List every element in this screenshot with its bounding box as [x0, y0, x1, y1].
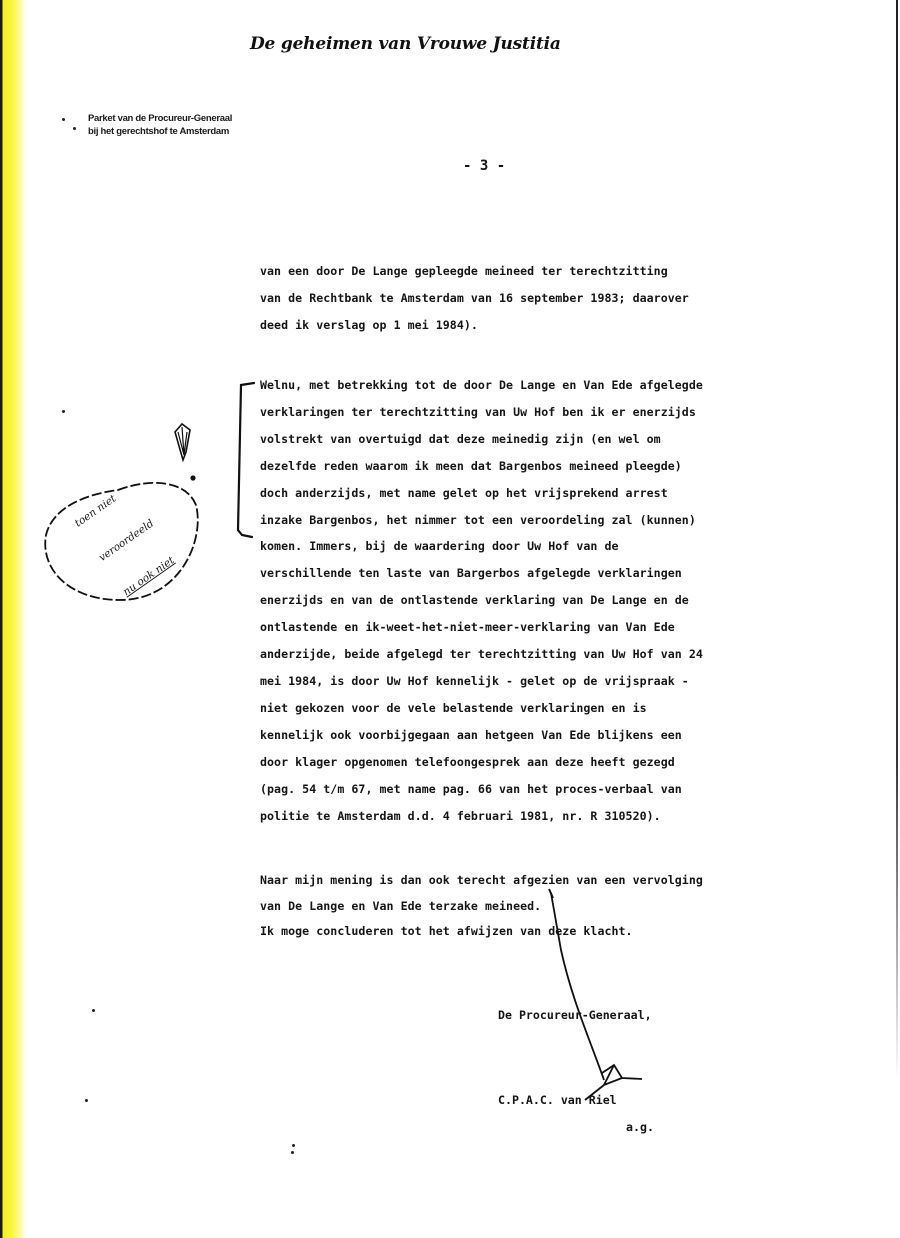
margin-note-line-3: nu ook niet: [120, 551, 181, 599]
scan-speck: [291, 1151, 294, 1154]
text-line: (pag. 54 t/m 67, met name pag. 66 van he…: [260, 776, 860, 803]
scan-speck: [62, 118, 65, 121]
running-head: De geheimen van Vrouwe Justitia: [250, 34, 561, 54]
text-line: kennelijk ook voorbijgegaan aan hetgeen …: [260, 722, 860, 749]
text-line: Naar mijn mening is dan ook terecht afge…: [260, 868, 860, 894]
margin-note-line-1: toen niet: [72, 482, 133, 530]
paragraph-3: Naar mijn mening is dan ook terecht afge…: [260, 868, 860, 945]
text-line: van de Rechtbank te Amsterdam van 16 sep…: [260, 285, 860, 312]
scan-speck: [85, 1099, 88, 1102]
text-line: niet gekozen voor de vele belastende ver…: [260, 695, 860, 722]
text-line: inzake Bargenbos, het nimmer tot een ver…: [260, 507, 860, 534]
text-line: anderzijde, beide afgelegd ter terechtzi…: [260, 641, 860, 668]
text-line: Welnu, met betrekking tot de door De Lan…: [260, 372, 860, 399]
text-line: komen. Immers, bij de waardering door Uw…: [260, 533, 860, 560]
text-line: politie te Amsterdam d.d. 4 februari 198…: [260, 803, 860, 830]
text-line: Ik moge concluderen tot het afwijzen van…: [260, 919, 860, 945]
page-number: - 3 -: [463, 158, 505, 174]
scan-speck: [62, 410, 65, 413]
paragraph-1: van een door De Lange gepleegde meineed …: [260, 258, 860, 339]
signature-title: De Procureur-Generaal,: [498, 1008, 652, 1022]
letterhead: Parket van de Procureur-Generaal bij het…: [88, 112, 232, 138]
margin-note-line-2: veroordeeld: [96, 517, 157, 565]
text-line: door klager opgenomen telefoongesprek aa…: [260, 749, 860, 776]
margin-bracket: [238, 383, 254, 537]
text-line: verklaringen ter terechtzitting van Uw H…: [260, 399, 860, 426]
signature-name: C.P.A.C. van Riel: [498, 1093, 617, 1107]
text-line: ontlastende en ik-weet-het-niet-meer-ver…: [260, 614, 860, 641]
text-line: doch anderzijds, met name gelet op het v…: [260, 480, 860, 507]
text-line: verschillende ten laste van Bargerbos af…: [260, 560, 860, 587]
exclamation-mark-icon: [175, 424, 196, 481]
scan-speck: [292, 1144, 295, 1147]
text-line: mei 1984, is door Uw Hof kennelijk - gel…: [260, 668, 860, 695]
letterhead-line-2: bij het gerechtshof te Amsterdam: [88, 125, 232, 138]
text-line: van De Lange en Van Ede terzake meineed.: [260, 894, 860, 920]
margin-note: toen niet veroordeeld nu ook niet: [56, 459, 189, 610]
scan-edge-yellow: [0, 0, 26, 1238]
signature-suffix: a.g.: [626, 1120, 654, 1134]
paragraph-2: Welnu, met betrekking tot de door De Lan…: [260, 372, 860, 829]
text-line: dezelfde reden waarom ik meen dat Bargen…: [260, 453, 860, 480]
text-line: volstrekt van overtuigd dat deze meinedi…: [260, 426, 860, 453]
text-line: deed ik verslag op 1 mei 1984).: [260, 312, 860, 339]
letterhead-line-1: Parket van de Procureur-Generaal: [88, 112, 232, 125]
text-line: enerzijds en van de ontlastende verklari…: [260, 587, 860, 614]
scan-edge-right: [896, 0, 898, 1080]
scan-speck: [73, 127, 76, 130]
text-line: van een door De Lange gepleegde meineed …: [260, 258, 860, 285]
scan-speck: [92, 1009, 95, 1012]
